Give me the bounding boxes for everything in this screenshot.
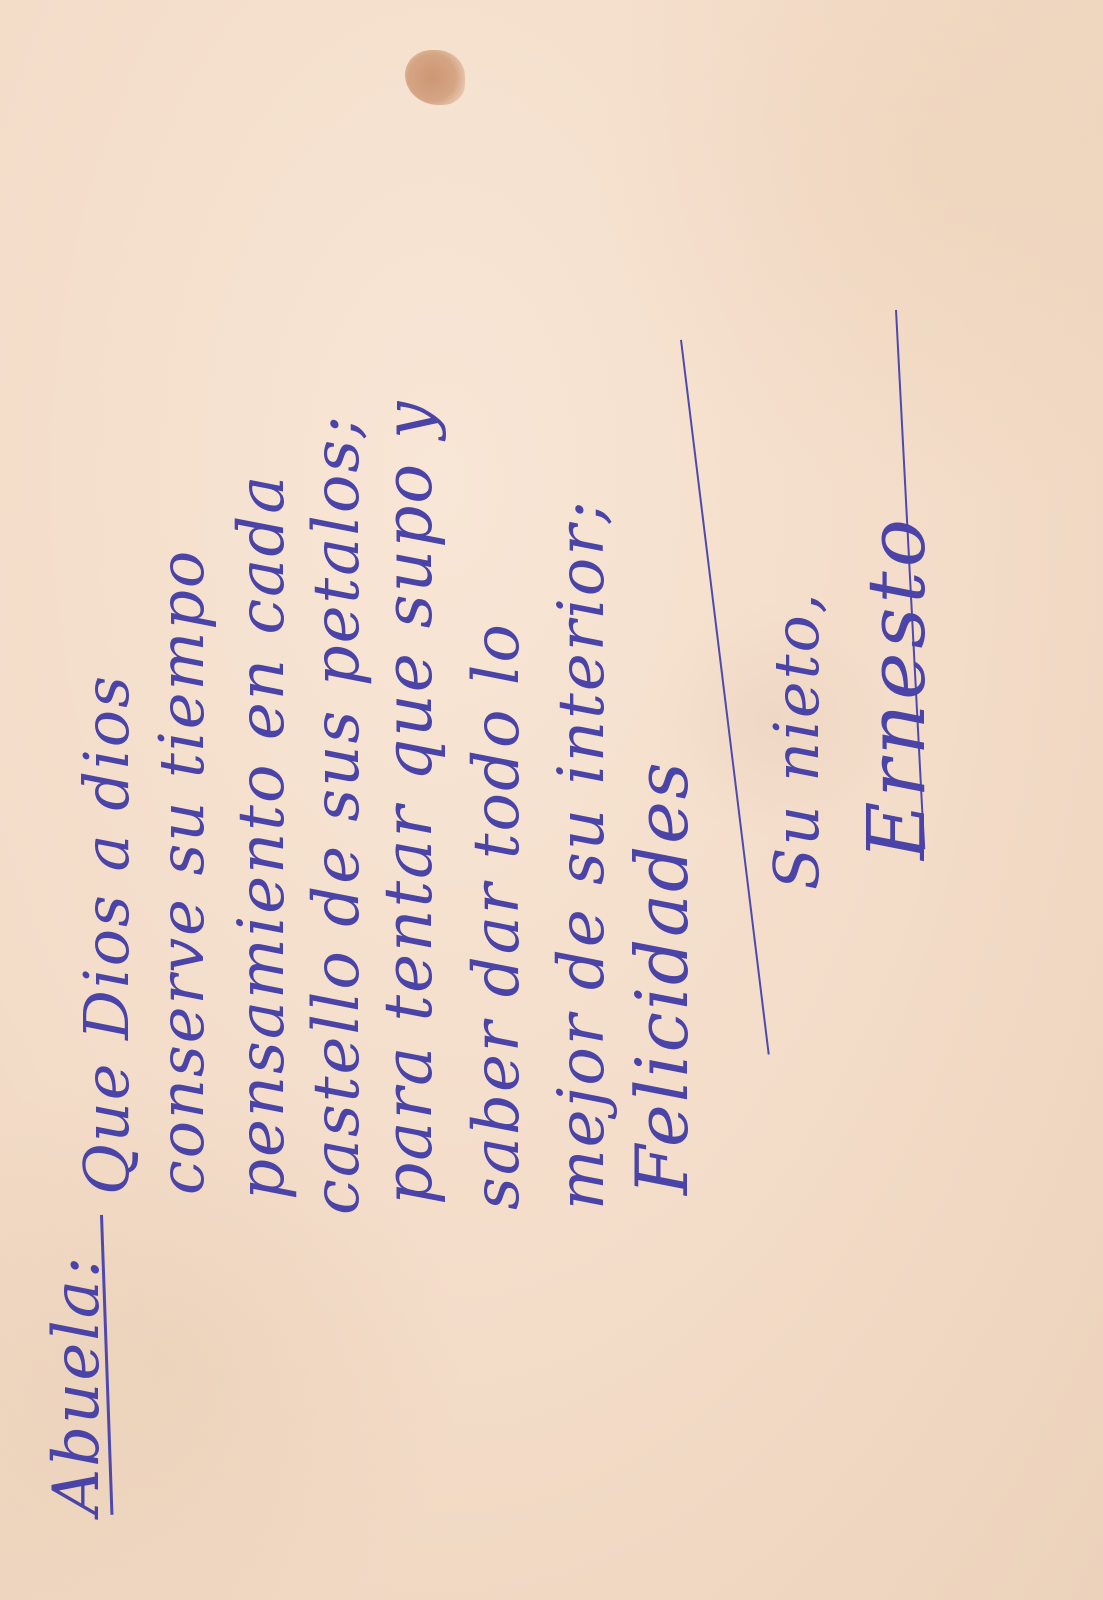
body-line-7: mejor de su interior;: [545, 500, 619, 1211]
body-line-3: pensamiento en cada: [225, 474, 299, 1200]
body-line-4: castello de sus petalos;: [300, 414, 374, 1215]
body-line-1: Que Dios a dios: [70, 674, 143, 1195]
closing: Su nieto,: [760, 591, 833, 890]
signature: Ernesto: [850, 515, 943, 860]
body-line-5: para tentar que supo y: [370, 400, 447, 1205]
body-line-8: Felicidades: [620, 760, 704, 1195]
body-line-2: conserve su tiempo: [145, 549, 218, 1195]
body-line-6: saber dar todo lo: [460, 622, 534, 1210]
